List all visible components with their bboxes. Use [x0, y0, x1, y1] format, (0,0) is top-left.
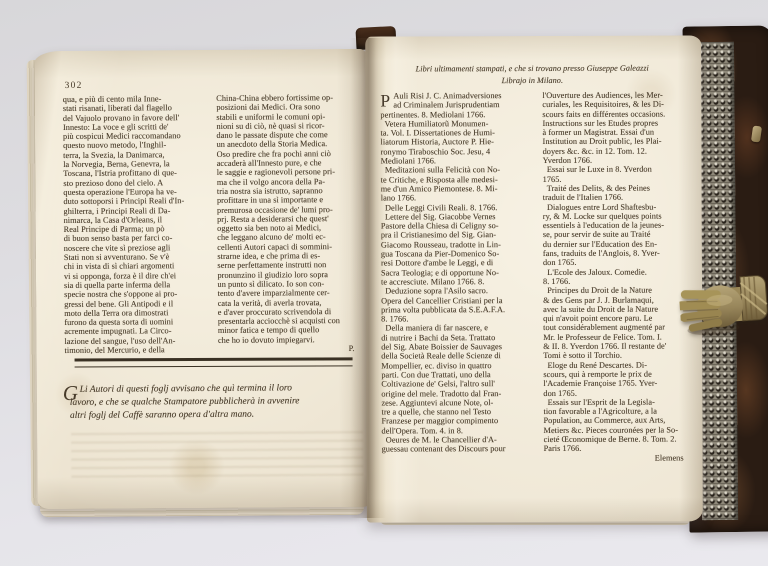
right-page-column-left: P Auli Risi J. C. Animadversionesad Crim… [380, 91, 533, 463]
text-line: doyers &c. &c. in 12. Tom. 12. [543, 146, 695, 156]
text-line: Coltivazione de' Gelsi, l'altro sull' [381, 379, 533, 389]
left-page-column-left: qua, e più di cento mila Inne-stati risa… [63, 94, 207, 355]
text-line: Auli Risi J. C. Animadversiones [380, 91, 532, 101]
text-line: di nutrire i Bachi da Seta. Trattato [381, 333, 533, 343]
text-line: l'Ouverture des Audiences, les Mer- [542, 90, 694, 100]
text-line: dell'Opera. Tom. 4. in 8. [382, 426, 534, 436]
text-line: Lettere del Sig. Giacobbe Vernes [381, 212, 533, 222]
text-line: Tomi è sotto il Torchio. [543, 351, 695, 361]
text-line: Metiers &c. Pieces couronées per la So- [544, 425, 696, 435]
bookseller-header: Libri ultimamenti stampati, e che si tro… [377, 62, 687, 86]
text-line: zese. Aggiuntevi alcune Note, ol- [381, 398, 533, 408]
hand-clasp-icon [677, 255, 768, 361]
text-line: & II. 8. Yverdon 1766. Il restante de' [543, 341, 695, 351]
text-line: Deduzione sopra l'Asilo sacro. [381, 286, 533, 296]
text-line: Mediolani 1766. [381, 156, 533, 166]
text-line: & des Gens par J. J. Burlamaqui, [543, 295, 695, 305]
right-page-column-right: l'Ouverture des Audiences, les Mer-curia… [542, 90, 695, 462]
text-line: essentiels à l'education de la jeunes- [543, 221, 695, 231]
text-line: 8. 1766. [543, 276, 695, 286]
text-line: Vetera Humiliatorũ Monumen- [380, 119, 532, 129]
text-line: ronymo Tiraboschio Soc. Jesu, 4 [381, 147, 533, 157]
colophon-initial: G [63, 381, 78, 406]
text-line: Delle Leggi Civili Reali. 8. 1766. [381, 203, 533, 213]
text-line: Population, au Commerce, aux Arts, [543, 416, 695, 426]
text-line: Principes du Droit de la Nature [543, 286, 695, 296]
text-line: Librajo in Milano. [377, 74, 687, 87]
text-line: Opera del Cancellier Cristiani per la [381, 296, 533, 306]
text-line: à former un Magistrat. Essai d'un [542, 128, 694, 138]
text-line: tre a quelle, che stanno nel Testo [381, 407, 533, 417]
text-line: gua Toscana da Pier-Domenico So- [381, 249, 533, 259]
text-line: qui n'avoit point encore paru. Le [543, 314, 695, 324]
text-line: don 1765. [543, 388, 695, 398]
text-line: Instructions sur les Etudes propres [542, 118, 694, 128]
text-line: timonio, del Mercurio, e della [64, 345, 207, 355]
text-line: Yverdon 1766. [543, 156, 695, 166]
author-signature: P. [218, 344, 361, 354]
text-line: me d'un Amico Piemontese. 8. Mi- [381, 184, 533, 194]
double-rule-divider [75, 357, 353, 367]
text-line: 8. 1766. [381, 314, 533, 324]
text-line: l'Academie Françoise 1765. Yver- [543, 379, 695, 389]
text-line: cieté Œconomique de Berne. 8. Tom. 2. [544, 434, 696, 444]
text-line: se, pour servir de suite au Traité [543, 230, 695, 240]
right-page: Libri ultimamenti stampati, e che si tro… [365, 35, 703, 522]
text-line: scours faits en différentes occasions. [542, 109, 694, 119]
text-line: tout considérablement augmenté par [543, 323, 695, 333]
dropcap-initial: P [380, 92, 390, 110]
text-line: della Società Reale delle Scienze di [381, 351, 533, 361]
book-photo: 302 qua, e più di cento mila Inne-stati … [0, 0, 768, 566]
catchword: Elemens [544, 453, 696, 463]
text-line: Franzese per maggior compimento [381, 416, 533, 426]
text-line: del Sig. Abate Boissier de Sauvages [381, 342, 533, 352]
text-line: te Critiche, e Risposta alle medesi- [381, 175, 533, 185]
text-line: Dialogues entre Lord Shaftesbu- [543, 202, 695, 212]
colophon-lines: Li Autori di questi foglj avvisano che q… [61, 382, 361, 423]
text-line: fans, traduits de l'Anglois, 8. Yver- [543, 248, 695, 258]
text-line: L'Ecole des Jaloux. Comedie. [543, 267, 695, 277]
text-line: tion favorable a l'Agricolture, a la [543, 407, 695, 417]
text-line: altri foglj del Caffè saranno opera d'al… [61, 408, 361, 423]
text-line: Mompellier, ec. diviso in quattro [381, 361, 533, 371]
text-line: du dernier sur l'Education des En- [543, 239, 695, 249]
text-line: Paris 1766. [544, 444, 696, 454]
text-line: ta. Vol. I. Dissertationes de Humi- [380, 128, 532, 138]
text-line: resi Dottore d'ambe le Leggi, e di [381, 258, 533, 268]
text-line: ry, & M. Locke sur quelques points [543, 211, 695, 221]
left-page-text-block: qua, e più di cento mila Inne-stati risa… [63, 93, 361, 355]
text-line: ad Criminalem Jurisprudentiam [380, 100, 532, 110]
text-column: l'Ouverture des Audiences, les Mer-curia… [542, 90, 695, 453]
header-lines: Libri ultimamenti stampati, e che si tro… [377, 62, 687, 86]
right-page-text-block: P Auli Risi J. C. Animadversionesad Crim… [380, 90, 695, 463]
text-line: Della maniera di far nascere, e [381, 323, 533, 333]
text-line: guessau contenant des Discours pour [382, 444, 534, 454]
text-line: Institution au Droit public, les Plai- [543, 137, 695, 147]
left-page-column-right: China-China ebbero fortissime op-posizio… [216, 93, 360, 354]
left-page: 302 qua, e più di cento mila Inne-stati … [34, 49, 369, 509]
text-line: Essais sur l'Esprit de la Legisla- [543, 397, 695, 407]
text-line: scours, qui à remporte le prix de [543, 369, 695, 379]
text-line: Traité des Delits, & des Peines [543, 183, 695, 193]
text-line: Oeures de M. le Chancellier d'A- [382, 435, 534, 445]
text-line: origine del mele. Tradotto dal Fran- [381, 389, 533, 399]
text-line: prima volta pubblicata da S.E.A.F.A. [381, 305, 533, 315]
text-column: Auli Risi J. C. Animadversionesad Crimin… [380, 91, 533, 454]
text-line: curiales, les Requisitoires, & les Di- [542, 100, 694, 110]
text-line: Eloge du René Descartes. Di- [543, 360, 695, 370]
page-number: 302 [65, 81, 83, 91]
text-line: te accresciute. Milano 1766. 8. [381, 277, 533, 287]
text-line: liatorum Historia, Auctore P. Hie- [381, 137, 533, 147]
text-line: lano 1766. [381, 193, 533, 203]
text-line: Libri ultimamenti stampati, e che si tro… [377, 62, 687, 75]
text-line: pertinentes. 8. Mediolani 1766. [380, 110, 532, 120]
text-line: presentarla acciocchè si acquisti con [218, 316, 361, 326]
text-line: don 1765. [543, 258, 695, 268]
colophon-notice: G Li Autori di questi foglj avvisano che… [61, 382, 361, 423]
show-through-text [71, 431, 363, 479]
text-column: China-China ebbero fortissime op-posizio… [216, 93, 360, 345]
text-line: Meditazioni sulla Felicità con No- [381, 165, 533, 175]
text-line: traduit de l'Italien 1766. [543, 193, 695, 203]
text-line: parti. Con due Trattati, uno della [381, 370, 533, 380]
text-line: Pastore della Chiesa di Celigny so- [381, 221, 533, 231]
text-line: 1765. [543, 174, 695, 184]
text-line: Giacomo Rousseau, tradotte in Lin- [381, 240, 533, 250]
text-line: avec la suite du Droit de la Nature [543, 304, 695, 314]
text-line: Mr. le Professeur de Felice. Tom. I. [543, 332, 695, 342]
text-column: qua, e più di cento mila Inne-stati risa… [63, 94, 207, 355]
text-line: Essai sur le Luxe in 8. Yverdon [543, 165, 695, 175]
text-line: pra il Cristianesimo del Sig. Gian- [381, 230, 533, 240]
text-line: Sacra Teologia; e di opportune No- [381, 268, 533, 278]
